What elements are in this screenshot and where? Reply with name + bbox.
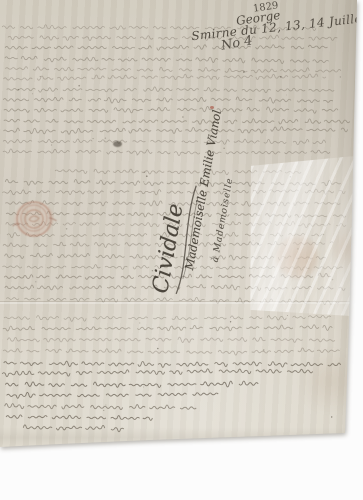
wax-seal-impression — [8, 193, 60, 245]
wax-seal-icon — [8, 193, 60, 245]
letter-paper: 1829 George Smirne du 12, 13, 14 Juillet… — [0, 0, 363, 500]
translucent-tape-patch — [248, 156, 357, 318]
paper-shadow-wrap: 1829 George Smirne du 12, 13, 14 Juillet… — [0, 0, 363, 500]
letter-scan: 1829 George Smirne du 12, 13, 14 Juillet… — [0, 0, 363, 500]
ink-blot — [113, 141, 122, 147]
